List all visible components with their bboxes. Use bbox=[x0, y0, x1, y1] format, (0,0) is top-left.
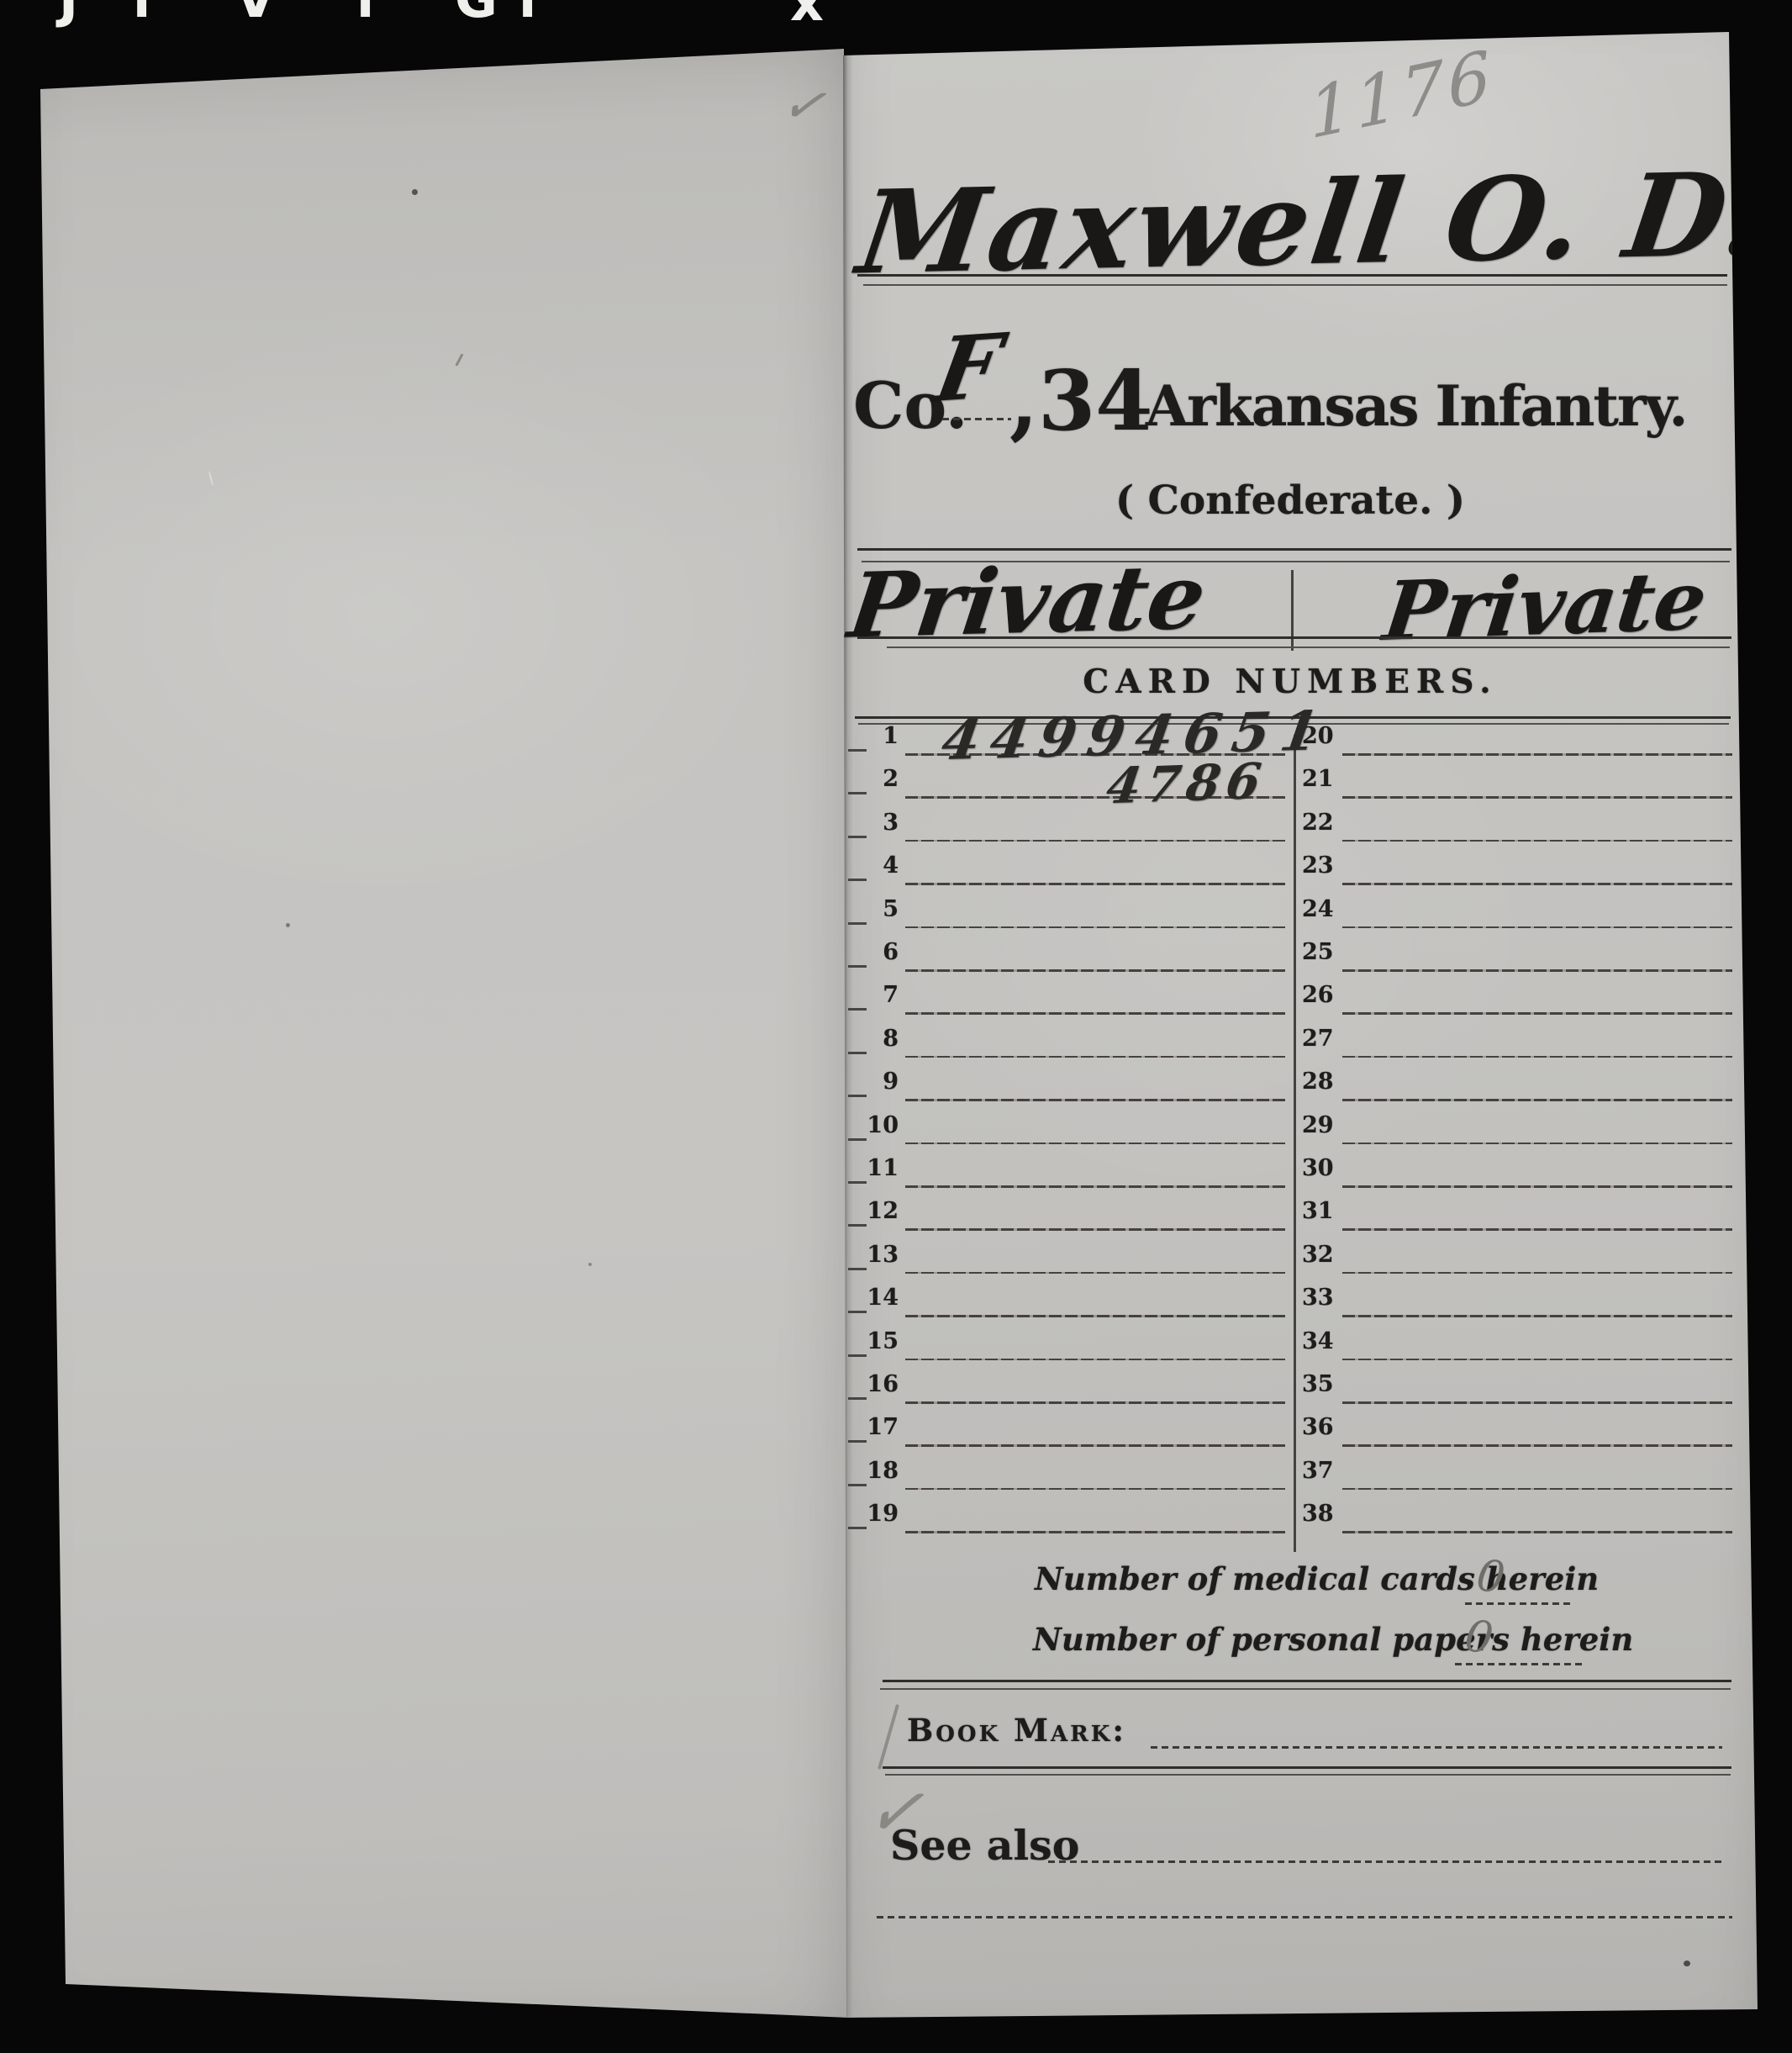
row-edge-dash bbox=[848, 1311, 867, 1313]
card-row-number: 5 bbox=[865, 896, 899, 922]
rule bbox=[855, 716, 1731, 719]
row-edge-dash bbox=[848, 1268, 867, 1270]
card-row-number: 9 bbox=[865, 1069, 899, 1095]
rule bbox=[880, 1688, 1731, 1690]
microfilm-frame: J l V i G l x ✓ 1176 Maxwell O. D. Co. F… bbox=[0, 0, 1792, 2053]
card-row-number: 17 bbox=[865, 1414, 899, 1440]
film-fragment: V bbox=[235, 0, 276, 29]
pencil-checkmark-see-also: ✓ bbox=[861, 1760, 930, 1860]
card-row-line bbox=[905, 1185, 1285, 1188]
see-also-blank-line bbox=[1048, 1860, 1724, 1863]
jacket-left-blank-page bbox=[0, 0, 851, 2053]
row-edge-dash bbox=[848, 1138, 867, 1141]
confederate-label: ( Confederate. ) bbox=[853, 478, 1727, 524]
card-row-number: 33 bbox=[1302, 1285, 1336, 1311]
card-row-line bbox=[905, 1228, 1285, 1231]
film-fragment: x bbox=[790, 0, 824, 33]
regiment-number: ,34 bbox=[1009, 353, 1153, 450]
card-row-number: 32 bbox=[1302, 1242, 1336, 1268]
paper-speck bbox=[286, 923, 290, 927]
card-row-line bbox=[1342, 883, 1732, 885]
row-edge-dash bbox=[848, 1527, 867, 1529]
company-value: F bbox=[928, 314, 1009, 423]
film-fragment: G bbox=[455, 0, 498, 29]
paper-scratch bbox=[455, 353, 463, 367]
card-row-number: 13 bbox=[865, 1242, 899, 1268]
row-edge-dash bbox=[848, 1181, 867, 1184]
card-row-line bbox=[905, 1143, 1285, 1145]
card-row-line bbox=[1342, 1099, 1732, 1101]
row-edge-dash bbox=[848, 1484, 867, 1486]
card-row-number: 35 bbox=[1302, 1371, 1336, 1397]
unit-name: Arkansas Infantry. bbox=[1146, 373, 1687, 439]
card-row-line bbox=[905, 1444, 1285, 1447]
card-row-number: 12 bbox=[865, 1198, 899, 1224]
bottom-blank-line bbox=[877, 1916, 1732, 1918]
card-row-number: 30 bbox=[1302, 1155, 1336, 1181]
medical-cards-label: Number of medical cards herein bbox=[1035, 1560, 1599, 1597]
card-row-number: 21 bbox=[1302, 766, 1336, 792]
medical-cards-blank-line bbox=[1465, 1602, 1574, 1605]
card-row-number: 34 bbox=[1302, 1328, 1336, 1354]
card-numbers-divider-line bbox=[1294, 735, 1296, 1552]
card-row-line bbox=[905, 1272, 1285, 1275]
card-row-number: 22 bbox=[1302, 810, 1336, 836]
card-row-line bbox=[905, 883, 1285, 885]
card-number-entry-row1: 44994651 bbox=[937, 699, 1333, 773]
company-label: Co. bbox=[853, 368, 967, 443]
card-row-number: 19 bbox=[865, 1501, 899, 1527]
card-numbers-title: CARD NUMBERS. bbox=[853, 662, 1727, 701]
card-row-line bbox=[1342, 926, 1732, 929]
card-row-line bbox=[905, 1401, 1285, 1404]
book-mark-label: Book Mark: bbox=[907, 1712, 1126, 1749]
film-fragment: J bbox=[59, 0, 78, 29]
card-row-line bbox=[1342, 1444, 1732, 1447]
row-edge-dash bbox=[848, 1008, 867, 1011]
card-row-line bbox=[1342, 796, 1732, 799]
card-row-line bbox=[1342, 753, 1732, 756]
rank-left: Private bbox=[843, 543, 1212, 658]
card-row-line bbox=[1342, 1228, 1732, 1231]
film-fragment: l bbox=[133, 0, 150, 29]
card-row-line bbox=[1342, 1315, 1732, 1317]
card-row-number: 15 bbox=[865, 1328, 899, 1354]
medical-cards-value: 0 bbox=[1473, 1550, 1508, 1604]
card-row-line bbox=[1342, 840, 1732, 842]
personal-papers-blank-line bbox=[1455, 1663, 1585, 1665]
company-blank-line bbox=[942, 418, 1011, 420]
card-row-line bbox=[905, 926, 1285, 929]
card-row-number: 6 bbox=[865, 939, 899, 965]
card-row-number: 38 bbox=[1302, 1501, 1336, 1527]
card-row-number: 18 bbox=[865, 1458, 899, 1484]
paper-scratch bbox=[208, 471, 214, 486]
rule bbox=[885, 1774, 1731, 1776]
personal-papers-value: 0 bbox=[1462, 1611, 1496, 1665]
rule bbox=[858, 723, 1729, 725]
rank-divider-line bbox=[1291, 570, 1294, 651]
card-row-number: 16 bbox=[865, 1371, 899, 1397]
card-row-number: 11 bbox=[865, 1155, 899, 1181]
paper-speck bbox=[1684, 1961, 1690, 1966]
card-row-number: 3 bbox=[865, 810, 899, 836]
row-edge-dash bbox=[848, 749, 867, 752]
film-fragment: l bbox=[519, 0, 536, 29]
card-row-number: 4 bbox=[865, 852, 899, 879]
rule bbox=[862, 561, 1730, 562]
card-row-number: 20 bbox=[1302, 723, 1336, 749]
row-edge-dash bbox=[848, 1440, 867, 1443]
row-edge-dash bbox=[848, 965, 867, 968]
card-row-line bbox=[1342, 1185, 1732, 1188]
name-underline bbox=[857, 274, 1727, 277]
card-row-number: 25 bbox=[1302, 939, 1336, 965]
card-row-number: 26 bbox=[1302, 982, 1336, 1008]
card-row-line bbox=[905, 1531, 1285, 1533]
book-mark-blank-line bbox=[1151, 1746, 1722, 1749]
card-row-number: 2 bbox=[865, 766, 899, 792]
card-row-number: 31 bbox=[1302, 1198, 1336, 1224]
pencil-folio-number: 1176 bbox=[1306, 35, 1496, 155]
card-row-line bbox=[1342, 1012, 1732, 1015]
card-row-line bbox=[905, 1056, 1285, 1058]
rule bbox=[883, 1766, 1731, 1769]
row-edge-dash bbox=[848, 922, 867, 925]
card-row-number: 36 bbox=[1302, 1414, 1336, 1440]
card-row-number: 24 bbox=[1302, 896, 1336, 922]
card-row-number: 27 bbox=[1302, 1026, 1336, 1052]
paper-speck bbox=[588, 1263, 592, 1266]
card-row-number: 7 bbox=[865, 982, 899, 1008]
card-row-line bbox=[1342, 1056, 1732, 1058]
film-fragment: i bbox=[356, 0, 374, 29]
row-edge-dash bbox=[848, 836, 867, 838]
card-row-line bbox=[905, 1012, 1285, 1015]
rule bbox=[857, 548, 1731, 551]
pencil-stroke bbox=[878, 1704, 899, 1770]
card-row-line bbox=[1342, 1143, 1732, 1145]
card-row-line bbox=[1342, 1531, 1732, 1533]
card-row-line bbox=[905, 1315, 1285, 1317]
card-row-number: 8 bbox=[865, 1026, 899, 1052]
card-row-line bbox=[905, 840, 1285, 842]
soldier-name: Maxwell O. D. bbox=[851, 146, 1775, 300]
card-row-line bbox=[905, 969, 1285, 972]
row-edge-dash bbox=[848, 1095, 867, 1097]
card-row-line bbox=[905, 1488, 1285, 1491]
card-row-line bbox=[1342, 1272, 1732, 1275]
card-row-number: 28 bbox=[1302, 1069, 1336, 1095]
rule bbox=[887, 647, 1730, 648]
personal-papers-label: Number of personal papers herein bbox=[1033, 1621, 1633, 1658]
name-underline-2 bbox=[863, 284, 1727, 286]
card-row-line bbox=[1342, 1401, 1732, 1404]
card-row-number: 14 bbox=[865, 1285, 899, 1311]
row-edge-dash bbox=[848, 1397, 867, 1400]
card-number-entry-row2: 4786 bbox=[1103, 752, 1270, 815]
row-edge-dash bbox=[848, 879, 867, 881]
card-row-number: 29 bbox=[1302, 1112, 1336, 1138]
card-row-line bbox=[905, 796, 1285, 799]
rule bbox=[883, 1680, 1731, 1682]
card-row-line bbox=[1342, 1488, 1732, 1491]
see-also-label: See also bbox=[890, 1821, 1079, 1870]
card-row-line bbox=[905, 1359, 1285, 1361]
card-row-line bbox=[905, 1099, 1285, 1101]
card-row-number: 1 bbox=[865, 723, 899, 749]
row-edge-dash bbox=[848, 1354, 867, 1357]
card-row-line bbox=[905, 753, 1285, 756]
card-row-number: 37 bbox=[1302, 1458, 1336, 1484]
row-edge-dash bbox=[848, 1224, 867, 1227]
row-edge-dash bbox=[848, 1052, 867, 1054]
film-edge-fragments: J l V i G l x bbox=[0, 0, 1792, 35]
jacket-form-page: 1176 Maxwell O. D. Co. F ,34 Arkansas In… bbox=[836, 0, 1765, 2053]
row-edge-dash bbox=[848, 792, 867, 794]
card-row-line bbox=[1342, 1359, 1732, 1361]
card-row-line bbox=[1342, 969, 1732, 972]
rank-right: Private bbox=[1378, 552, 1711, 659]
card-row-number: 10 bbox=[865, 1112, 899, 1138]
rule bbox=[857, 636, 1731, 639]
card-row-number: 23 bbox=[1302, 852, 1336, 879]
paper-speck bbox=[412, 189, 418, 195]
